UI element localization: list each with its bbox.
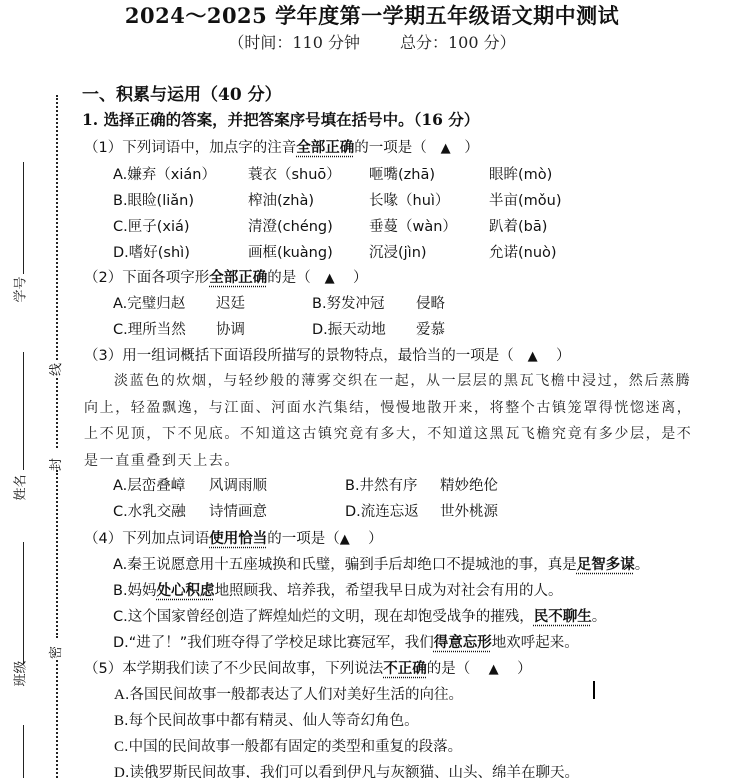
option-text: 长喙（huì）: [369, 189, 449, 210]
option-text: 爱慕: [416, 318, 445, 339]
sub1-prompt: （1）下列词语中，加点字的注音全部正确的一项是（ ▲ ）: [84, 136, 479, 157]
student-id-line[interactable]: [23, 162, 24, 274]
option-text: 世外桃源: [440, 500, 498, 521]
answer-blank-4[interactable]: ▲: [340, 532, 350, 547]
option-text: C.匣子(xiá): [113, 215, 190, 236]
sub3-prompt: （3）用一组词概括下面语段所描写的景物特点，最恰当的一项是（ ▲ ）: [84, 344, 571, 365]
option-text: 榨油(zhà): [248, 189, 314, 210]
option-text: C.水乳交融: [113, 500, 186, 521]
answer-blank-1[interactable]: ▲: [441, 141, 451, 156]
option-text: 沉浸(jìn): [369, 241, 427, 262]
binding-dotted-line: [56, 378, 58, 448]
seal-char-seal: 封: [45, 458, 64, 471]
text-cursor: [593, 681, 595, 699]
option-text: 侵略: [416, 292, 445, 313]
sub2-prompt: （2）下面各项字形全部正确的是（ ▲ ）: [84, 266, 368, 287]
option-text: 允诺(nuò): [489, 241, 557, 262]
class-line[interactable]: [23, 725, 24, 778]
option-text: 风调雨顺: [209, 474, 267, 495]
exam-time: （时间：110 分钟: [228, 33, 360, 52]
binding-dotted-line: [56, 470, 58, 638]
sub5-option-c: C.中国的民间故事一般都有固定的类型和重复的段落。: [114, 735, 462, 756]
seal-char-secret: 密: [45, 646, 64, 659]
option-text: C.理所当然: [113, 318, 186, 339]
option-text: 协调: [216, 318, 245, 339]
exam-total-score: 总分：100 分）: [400, 33, 516, 52]
sub4-option-c: C.这个国家曾经创造了辉煌灿烂的文明，现在却饱受战争的摧残，民不聊生。: [113, 605, 606, 626]
exam-info: （时间：110 分钟总分：100 分）: [0, 30, 744, 53]
option-text: 精妙绝伦: [440, 474, 498, 495]
option-text: B.井然有序: [345, 474, 418, 495]
seal-char-line: 线: [45, 363, 64, 376]
option-text: D.嗜好(shì): [113, 241, 190, 262]
option-text: 诗情画意: [209, 500, 267, 521]
student-name-label: 姓名: [10, 475, 29, 501]
sub4-option-b: B.妈妈处心积虑地照顾我、培养我，希望我早日成为对社会有用的人。: [113, 579, 563, 600]
student-name-line-top: [23, 352, 24, 470]
option-text: 垂蔓（wàn）: [369, 215, 457, 236]
option-text: A.嫌弃（xián）: [113, 163, 216, 184]
class-label: 班级: [10, 661, 29, 687]
option-text: 画框(kuàng): [248, 241, 333, 262]
binding-dotted-line: [56, 95, 58, 360]
option-text: 半亩(mǒu): [489, 189, 562, 210]
sub5-option-a: A.各国民间故事一般都表达了人们对美好生活的向往。: [114, 683, 463, 704]
option-text: B.眼睑(liǎn): [113, 189, 194, 210]
option-text: 眼眸(mò): [489, 163, 552, 184]
question-1-title: 1. 选择正确的答案，并把答案序号填在括号中。（16 分）: [82, 108, 479, 130]
answer-blank-2[interactable]: ▲: [325, 271, 335, 286]
binding-dotted-line: [56, 660, 58, 778]
option-text: 迟廷: [216, 292, 245, 313]
option-text: 咂嘴(zhā): [369, 163, 435, 184]
option-text: D.振天动地: [312, 318, 386, 339]
option-text: 蓑衣（shuō）: [248, 163, 341, 184]
sub4-option-d: D.“进了！”我们班夺得了学校足球比赛冠军，我们得意忘形地欢呼起来。: [113, 631, 579, 652]
sub4-prompt: （4）下列加点词语使用恰当的一项是（▲ ）: [84, 527, 383, 548]
answer-blank-5[interactable]: ▲: [489, 662, 499, 677]
section-title: 一、积累与运用（40 分）: [82, 80, 282, 105]
reading-passage: 淡蓝色的炊烟，与轻纱般的薄雾交织在一起，从一层层的黑瓦飞檐中浸过，然后蒸腾向上，…: [84, 368, 694, 474]
option-text: A.完璧归赵: [113, 292, 185, 313]
student-id-label: 学号: [10, 277, 29, 303]
page-title: 2024～2025 学年度第一学期五年级语文期中测试: [0, 0, 744, 30]
option-text: 趴着(bā): [489, 215, 547, 236]
sub5-option-d: D.读俄罗斯民间故事，我们可以看到伊凡与灰额猫、山头、绵羊在聊天。: [114, 761, 579, 778]
student-name-line[interactable]: [23, 542, 24, 664]
option-text: D.流连忘返: [345, 500, 419, 521]
option-text: B.努发冲冠: [312, 292, 385, 313]
answer-blank-3[interactable]: ▲: [528, 349, 538, 364]
option-text: 清澄(chéng): [248, 215, 333, 236]
sub5-prompt: （5）本学期我们读了不少民间故事，下列说法不正确的是（ ▲ ）: [84, 657, 532, 678]
sub4-option-a: A.秦王说愿意用十五座城换和氏璧，骗到手后却绝口不提城池的事，真是足智多谋。: [113, 553, 649, 574]
option-text: A.层峦叠嶂: [113, 474, 185, 495]
sub5-option-b: B.每个民间故事中都有精灵、仙人等奇幻角色。: [114, 709, 419, 730]
